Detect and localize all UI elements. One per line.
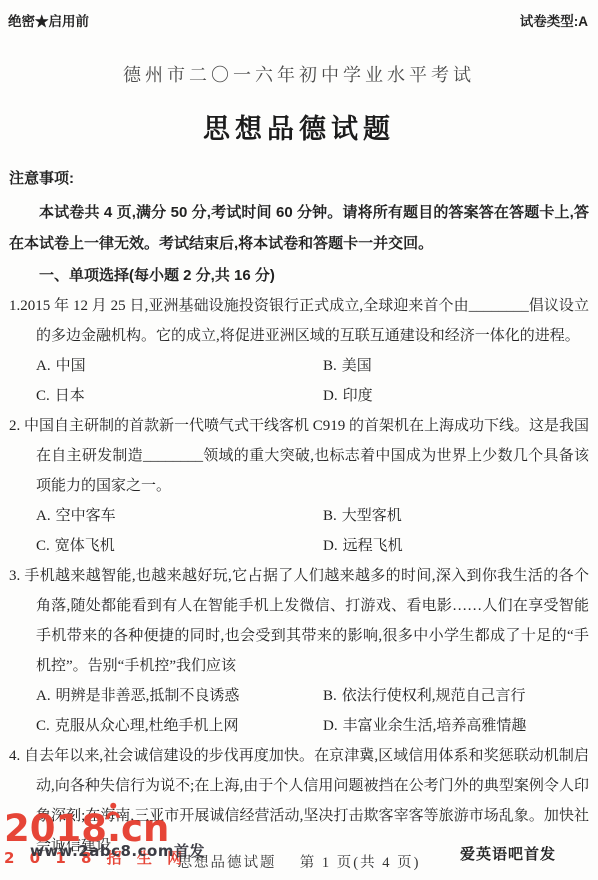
notice-section: 注意事项: 本试卷共 4 页,满分 50 分,考试时间 60 分钟。请将所有题目… <box>0 169 598 259</box>
option-text: 克服从众心理,杜绝手机上网 <box>55 718 239 734</box>
question-3: 3. 手机越来越智能,也越来越好玩,它占据了人们越来越多的时间,深入到你我生活的… <box>0 561 598 741</box>
question-2-options: A.空中客车 B.大型客机 C.宽体飞机 D.远程飞机 <box>9 501 589 561</box>
option-row: C.日本 D.印度 <box>36 381 589 411</box>
option-label: B. <box>323 688 337 704</box>
question-2-number: 2. <box>9 418 20 434</box>
question-2-option-b: B.大型客机 <box>323 501 589 531</box>
question-2-option-d: D.远程飞机 <box>323 531 589 561</box>
footer-doc-title: 思想品德试题 <box>178 855 277 871</box>
option-label: A. <box>36 358 51 374</box>
question-2-option-c: C.宽体飞机 <box>36 531 323 561</box>
question-3-option-a: A.明辨是非善恶,抵制不良诱惑 <box>36 681 323 711</box>
option-text: 明辨是非善恶,抵制不良诱惑 <box>56 688 240 704</box>
section-heading: 一、单项选择(每小题 2 分,共 16 分) <box>0 261 598 291</box>
option-label: C. <box>36 538 50 554</box>
question-1: 1.2015 年 12 月 25 日,亚洲基础设施投资银行正式成立,全球迎来首个… <box>0 291 598 411</box>
question-1-option-c: C.日本 <box>36 381 323 411</box>
exam-subtitle: 德州市二〇一六年初中学业水平考试 <box>0 62 598 88</box>
footer-page-number: 第 1 页(共 4 页) <box>300 855 421 871</box>
exam-title: 思想品德试题 <box>0 110 598 148</box>
question-3-option-d: D.丰富业余生活,培养高雅情趣 <box>323 711 589 741</box>
question-1-option-a: A.中国 <box>36 351 323 381</box>
option-text: 美国 <box>342 358 372 374</box>
question-1-text: 1.2015 年 12 月 25 日,亚洲基础设施投资银行正式成立,全球迎来首个… <box>9 291 589 351</box>
option-text: 远程飞机 <box>343 538 403 554</box>
notice-heading: 注意事项: <box>9 169 589 189</box>
question-1-options: A.中国 B.美国 C.日本 D.印度 <box>9 351 589 411</box>
question-3-options: A.明辨是非善恶,抵制不良诱惑 B.依法行使权利,规范自己言行 C.克服从众心理… <box>9 681 589 741</box>
option-text: 日本 <box>55 388 85 404</box>
question-1-body: 2015 年 12 月 25 日,亚洲基础设施投资银行正式成立,全球迎来首个由_… <box>20 298 589 344</box>
option-text: 丰富业余生活,培养高雅情趣 <box>343 718 527 734</box>
footer-credit: 爱英语吧首发 <box>460 843 556 864</box>
option-text: 大型客机 <box>342 508 402 524</box>
paper-type-label: 试卷类型:A <box>520 10 588 30</box>
option-label: C. <box>36 388 50 404</box>
question-1-option-d: D.印度 <box>323 381 589 411</box>
question-1-number: 1. <box>9 298 20 314</box>
option-text: 印度 <box>343 388 373 404</box>
option-row: A.空中客车 B.大型客机 <box>36 501 589 531</box>
option-row: A.明辨是非善恶,抵制不良诱惑 B.依法行使权利,规范自己言行 <box>36 681 589 711</box>
option-label: B. <box>323 508 337 524</box>
option-label: D. <box>323 718 338 734</box>
option-text: 依法行使权利,规范自己言行 <box>342 688 526 704</box>
option-label: D. <box>323 388 338 404</box>
top-bar: 绝密★启用前 试卷类型:A <box>0 0 598 30</box>
question-3-body: 手机越来越智能,也越来越好玩,它占据了人们越来越多的时间,深入到你我生活的各个角… <box>20 568 589 674</box>
classification-label: 绝密★启用前 <box>8 10 89 30</box>
question-2-body: 中国自主研制的首款新一代喷气式干线客机 C919 的首架机在上海成功下线。这是我… <box>20 418 589 494</box>
question-2-option-a: A.空中客车 <box>36 501 323 531</box>
option-label: A. <box>36 508 51 524</box>
option-label: B. <box>323 358 337 374</box>
option-row: A.中国 B.美国 <box>36 351 589 381</box>
option-row: C.克服从众心理,杜绝手机上网 D.丰富业余生活,培养高雅情趣 <box>36 711 589 741</box>
option-text: 宽体飞机 <box>55 538 115 554</box>
option-label: A. <box>36 688 51 704</box>
question-2: 2. 中国自主研制的首款新一代喷气式干线客机 C919 的首架机在上海成功下线。… <box>0 411 598 561</box>
option-text: 中国 <box>56 358 86 374</box>
option-text: 空中客车 <box>56 508 116 524</box>
notice-paragraph: 本试卷共 4 页,满分 50 分,考试时间 60 分钟。请将所有题目的答案答在答… <box>9 197 589 259</box>
question-3-option-b: B.依法行使权利,规范自己言行 <box>323 681 589 711</box>
option-label: C. <box>36 718 50 734</box>
question-2-text: 2. 中国自主研制的首款新一代喷气式干线客机 C919 的首架机在上海成功下线。… <box>9 411 589 501</box>
question-4-number: 4. <box>9 748 20 764</box>
option-label: D. <box>323 538 338 554</box>
question-3-number: 3. <box>9 568 20 584</box>
question-3-option-c: C.克服从众心理,杜绝手机上网 <box>36 711 323 741</box>
question-3-text: 3. 手机越来越智能,也越来越好玩,它占据了人们越来越多的时间,深入到你我生活的… <box>9 561 589 681</box>
question-1-option-b: B.美国 <box>323 351 589 381</box>
question-4-body: 自去年以来,社会诚信建设的步伐再度加快。在京津冀,区域信用体系和奖惩联动机制启动… <box>20 748 589 854</box>
exam-page: 绝密★启用前 试卷类型:A 德州市二〇一六年初中学业水平考试 思想品德试题 注意… <box>0 0 598 880</box>
option-row: C.宽体飞机 D.远程飞机 <box>36 531 589 561</box>
